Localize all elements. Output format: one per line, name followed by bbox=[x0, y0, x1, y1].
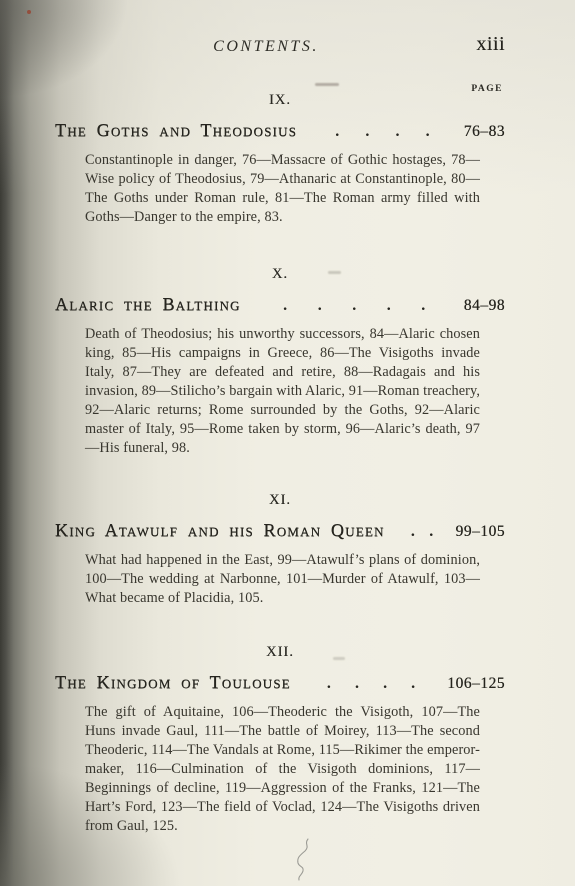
leader-dot: . bbox=[411, 524, 415, 540]
chapter-numeral: XII. bbox=[55, 644, 505, 661]
chapter-heading-row: King Atawulf and his Roman Queen .. 99–1… bbox=[55, 520, 505, 541]
chapter-numeral: IX. bbox=[55, 92, 505, 109]
dot-leader: ..... bbox=[253, 298, 456, 314]
leader-dot: . bbox=[355, 676, 359, 692]
page-content-column: CONTENTS. xiii PAGE IX. The Goths and Th… bbox=[55, 0, 505, 886]
toc-section: XI. King Atawulf and his Roman Queen .. … bbox=[55, 492, 505, 608]
chapter-summary: What had happened in the East, 99—Atawul… bbox=[85, 551, 480, 608]
chapter-title: The Kingdom of Toulouse bbox=[55, 672, 291, 693]
chapter-page-range: 106–125 bbox=[447, 675, 505, 693]
chapter-heading-row: Alaric the Balthing ..... 84–98 bbox=[55, 294, 505, 315]
leader-dot: . bbox=[327, 676, 331, 692]
chapter-page-range: 76–83 bbox=[464, 123, 505, 141]
chapter-numeral: X. bbox=[55, 266, 505, 283]
chapter-summary: Death of Theodosius; his unworthy succes… bbox=[85, 325, 480, 458]
ink-speck bbox=[27, 10, 31, 14]
chapter-page-range: 84–98 bbox=[464, 297, 505, 315]
leader-dot: . bbox=[383, 676, 387, 692]
chapter-title: King Atawulf and his Roman Queen bbox=[55, 520, 385, 541]
leader-dot: . bbox=[318, 298, 322, 314]
smudge-mark bbox=[315, 83, 339, 86]
leader-dot: . bbox=[411, 676, 415, 692]
chapter-summary: The gift of Aquitaine, 106—Theoderic the… bbox=[85, 703, 480, 836]
leader-dot: . bbox=[421, 298, 425, 314]
book-page-scan: { "page": { "header_title": "CONTENTS.",… bbox=[0, 0, 575, 886]
dot-leader: .. bbox=[397, 524, 448, 540]
leader-dot: . bbox=[283, 298, 287, 314]
chapter-numeral: XI. bbox=[55, 492, 505, 509]
chapter-heading-row: The Kingdom of Toulouse .... 106–125 bbox=[55, 672, 505, 693]
toc-section: XII. The Kingdom of Toulouse .... 106–12… bbox=[55, 644, 505, 836]
chapter-page-range: 99–105 bbox=[456, 523, 506, 541]
smudge-mark bbox=[328, 271, 341, 274]
toc-section: X. Alaric the Balthing ..... 84–98 Death… bbox=[55, 266, 505, 458]
leader-dot: . bbox=[395, 124, 399, 140]
chapter-title: The Goths and Theodosius bbox=[55, 120, 297, 141]
ink-squiggle-mark bbox=[288, 836, 318, 884]
toc-section: IX. The Goths and Theodosius .... 76–83 … bbox=[55, 92, 505, 227]
smudge-mark bbox=[333, 657, 345, 660]
dot-leader: .... bbox=[309, 124, 456, 140]
toc-sections: IX. The Goths and Theodosius .... 76–83 … bbox=[55, 0, 505, 886]
leader-dot: . bbox=[365, 124, 369, 140]
leader-dot: . bbox=[429, 524, 433, 540]
leader-dot: . bbox=[335, 124, 339, 140]
chapter-heading-row: The Goths and Theodosius .... 76–83 bbox=[55, 120, 505, 141]
leader-dot: . bbox=[387, 298, 391, 314]
chapter-summary: Constantinople in danger, 76—Massacre of… bbox=[85, 151, 480, 227]
leader-dot: . bbox=[352, 298, 356, 314]
dot-leader: .... bbox=[303, 676, 439, 692]
leader-dot: . bbox=[426, 124, 430, 140]
chapter-title: Alaric the Balthing bbox=[55, 294, 241, 315]
